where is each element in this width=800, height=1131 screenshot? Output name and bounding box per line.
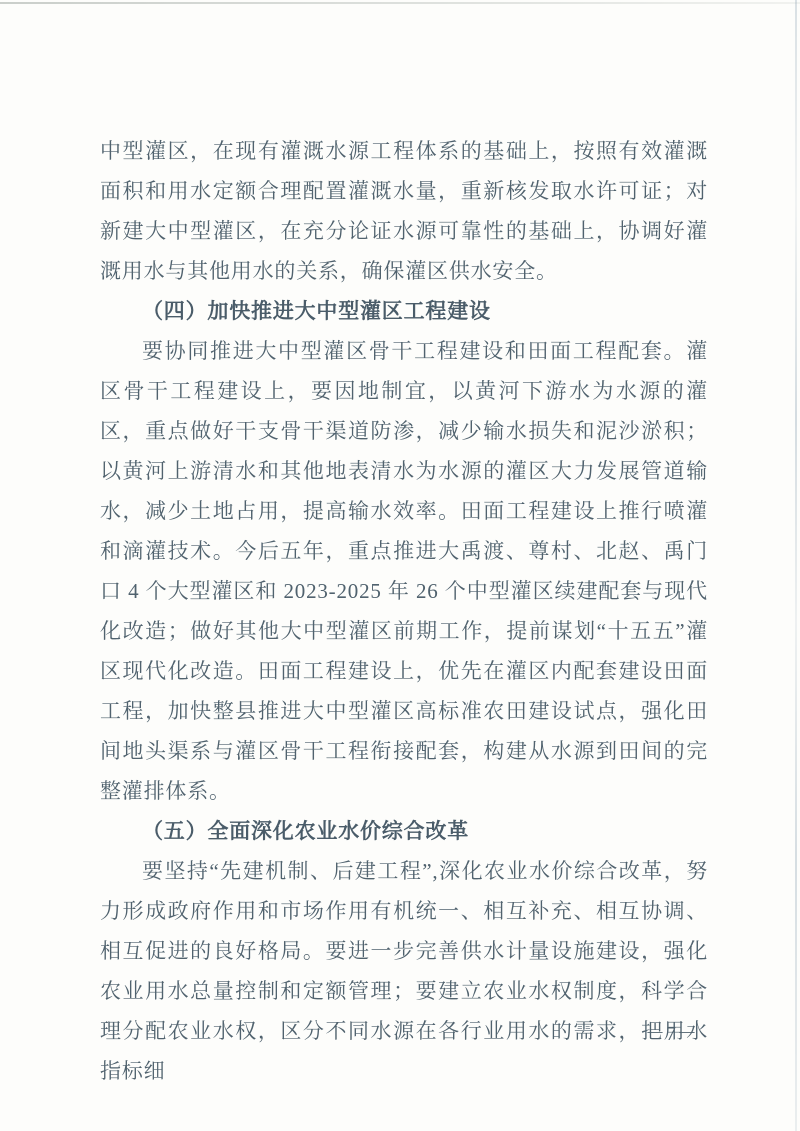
page-number: －7－ <box>645 1021 698 1047</box>
paragraph-section-four: 要协同推进大中型灌区骨干工程建设和田面工程配套。灌区骨干工程建设上，要因地制宜，… <box>100 331 708 811</box>
section-heading-five: （五）全面深化农业水价综合改革 <box>100 811 708 851</box>
scan-artifact-right-edge <box>795 0 797 1131</box>
document-body: 中型灌区，在现有灌溉水源工程体系的基础上，按照有效灌溉面积和用水定额合理配置灌溉… <box>100 131 708 1091</box>
paragraph-continued-from-previous-page: 中型灌区，在现有灌溉水源工程体系的基础上，按照有效灌溉面积和用水定额合理配置灌溉… <box>100 131 708 291</box>
scan-artifact-top-edge <box>0 2 800 4</box>
paragraph-section-five: 要坚持“先建机制、后建工程”,深化农业水价综合改革，努力形成政府作用和市场作用有… <box>100 851 708 1091</box>
section-heading-four: （四）加快推进大中型灌区工程建设 <box>100 291 708 331</box>
document-page: 中型灌区，在现有灌溉水源工程体系的基础上，按照有效灌溉面积和用水定额合理配置灌溉… <box>0 0 800 1131</box>
